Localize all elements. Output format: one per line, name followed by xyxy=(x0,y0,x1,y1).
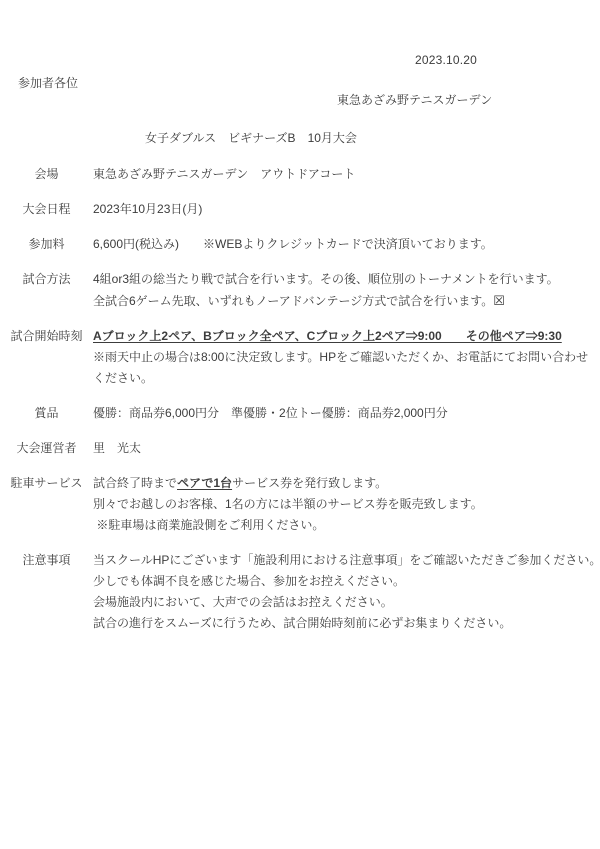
text-segment: 会場施設内において、大声での会話はお控えください。 xyxy=(93,595,393,609)
section-text-line: 6,600円(税込み) ※WEBよりクレジットカードで決済頂いております。 xyxy=(93,234,600,255)
text-segment: 優勝：商品券6,000円分 準優勝・2位トー優勝：商品券2,000円分 xyxy=(93,406,448,420)
section-label: 駐車サービス xyxy=(0,473,93,494)
text-segment: ※駐車場は商業施設側をご利用ください。 xyxy=(93,518,324,532)
section-value: Aブロック上2ペア、Bブロック全ペア、Cブロック上2ペア⇒9:00 その他ペア⇒… xyxy=(93,326,600,389)
text-segment: 当スクールHPにございます「施設利用における注意事項」をご確認いただきご参加くだ… xyxy=(93,553,600,567)
sections-list: 会場東急あざみ野テニスガーデン アウトドアコート大会日程2023年10月23日(… xyxy=(0,164,600,648)
document-page: 2023.10.20 参加者各位 東急あざみ野テニスガーデン 女子ダブルス ビギ… xyxy=(0,0,600,849)
section-label: 試合開始時刻 xyxy=(0,326,93,347)
text-segment: サービス券を発行致します。 xyxy=(232,476,387,490)
section-row: 試合開始時刻Aブロック上2ペア、Bブロック全ペア、Cブロック上2ペア⇒9:00 … xyxy=(0,326,600,389)
section-text-line: 里 光太 xyxy=(93,438,600,459)
section-label: 試合方法 xyxy=(0,269,93,290)
section-value: 試合終了時までペアで1台サービス券を発行致します。別々でお越しのお客様、1名の方… xyxy=(93,473,600,536)
section-text-line: 会場施設内において、大声での会話はお控えください。 xyxy=(93,592,600,613)
section-text-line: 2023年10月23日(月) xyxy=(93,199,600,220)
section-text-line: 全試合6ゲーム先取、いずれもノーアドバンテージ方式で試合を行います。☒ xyxy=(93,290,600,312)
section-text-line: 別々でお越しのお客様、1名の方には半額のサービス券を販売致します。 xyxy=(93,494,600,515)
section-row: 賞品優勝：商品券6,000円分 準優勝・2位トー優勝：商品券2,000円分 xyxy=(0,403,600,424)
section-label: 参加料 xyxy=(0,234,93,255)
text-segment: 別々でお越しのお客様、1名の方には半額のサービス券を販売致します。 xyxy=(93,497,483,511)
section-text-line: 当スクールHPにございます「施設利用における注意事項」をご確認いただきご参加くだ… xyxy=(93,550,600,571)
section-text-line: 東急あざみ野テニスガーデン アウトドアコート xyxy=(93,164,600,185)
section-row: 大会日程2023年10月23日(月) xyxy=(0,199,600,220)
text-segment: ください。 xyxy=(93,371,153,385)
section-value: 優勝：商品券6,000円分 準優勝・2位トー優勝：商品券2,000円分 xyxy=(93,403,600,424)
section-text-line: ※駐車場は商業施設側をご利用ください。 xyxy=(93,515,600,536)
text-segment: 試合の進行をスムーズに行うため、試合開始時刻前に必ずお集まりください。 xyxy=(93,616,511,630)
section-text-line: ください。 xyxy=(93,368,600,389)
addressee: 参加者各位 xyxy=(18,74,78,91)
text-segment: 全試合6ゲーム先取、いずれもノーアドバンテージ方式で試合を行います。 xyxy=(93,294,493,308)
text-segment: 試合終了時まで xyxy=(93,476,177,490)
section-label: 大会運営者 xyxy=(0,438,93,459)
emphasized-text: Aブロック上2ペア、Bブロック全ペア、Cブロック上2ペア⇒9:00 その他ペア⇒… xyxy=(93,329,562,343)
section-text-line: Aブロック上2ペア、Bブロック全ペア、Cブロック上2ペア⇒9:00 その他ペア⇒… xyxy=(93,326,600,347)
section-row: 参加料6,600円(税込み) ※WEBよりクレジットカードで決済頂いております。 xyxy=(0,234,600,255)
section-value: 6,600円(税込み) ※WEBよりクレジットカードで決済頂いております。 xyxy=(93,234,600,255)
section-row: 注意事項当スクールHPにございます「施設利用における注意事項」をご確認いただきご… xyxy=(0,550,600,634)
section-row: 大会運営者里 光太 xyxy=(0,438,600,459)
section-text-line: 試合の進行をスムーズに行うため、試合開始時刻前に必ずお集まりください。 xyxy=(93,613,600,634)
document-title: 女子ダブルス ビギナーズB 10月大会 xyxy=(145,129,357,146)
section-label: 賞品 xyxy=(0,403,93,424)
section-label: 大会日程 xyxy=(0,199,93,220)
text-segment: ※雨天中止の場合は8:00に決定致します。HPをご確認いただくか、お電話にてお問… xyxy=(93,350,588,364)
text-segment: 4組or3組の総当たり戦で試合を行います。その後、順位別のトーナメントを行います… xyxy=(93,272,559,286)
section-text-line: 試合終了時までペアで1台サービス券を発行致します。 xyxy=(93,473,600,494)
text-segment: 東急あざみ野テニスガーデン アウトドアコート xyxy=(93,167,355,181)
section-text-line: 少しでも体調不良を感じた場合、参加をお控えください。 xyxy=(93,571,600,592)
section-value: 東急あざみ野テニスガーデン アウトドアコート xyxy=(93,164,600,185)
text-segment: 6,600円(税込み) ※WEBよりクレジットカードで決済頂いております。 xyxy=(93,237,493,251)
text-segment: 2023年10月23日(月) xyxy=(93,202,202,216)
section-text-line: ※雨天中止の場合は8:00に決定致します。HPをご確認いただくか、お電話にてお問… xyxy=(93,347,600,368)
section-text-line: 優勝：商品券6,000円分 準優勝・2位トー優勝：商品券2,000円分 xyxy=(93,403,600,424)
section-value: 4組or3組の総当たり戦で試合を行います。その後、順位別のトーナメントを行います… xyxy=(93,269,600,312)
text-segment: 少しでも体調不良を感じた場合、参加をお控えください。 xyxy=(93,574,405,588)
section-label: 会場 xyxy=(0,164,93,185)
section-label: 注意事項 xyxy=(0,550,93,571)
section-value: 2023年10月23日(月) xyxy=(93,199,600,220)
text-segment: 里 光太 xyxy=(93,441,141,455)
section-value: 里 光太 xyxy=(93,438,600,459)
box-x-glyph: ☒ xyxy=(493,293,505,308)
section-row: 駐車サービス試合終了時までペアで1台サービス券を発行致します。別々でお越しのお客… xyxy=(0,473,600,536)
emphasized-text: ペアで1台 xyxy=(177,476,232,490)
document-date: 2023.10.20 xyxy=(415,53,477,67)
section-text-line: 4組or3組の総当たり戦で試合を行います。その後、順位別のトーナメントを行います… xyxy=(93,269,600,290)
section-row: 会場東急あざみ野テニスガーデン アウトドアコート xyxy=(0,164,600,185)
section-row: 試合方法4組or3組の総当たり戦で試合を行います。その後、順位別のトーナメントを… xyxy=(0,269,600,312)
organization-name: 東急あざみ野テニスガーデン xyxy=(337,91,492,108)
section-value: 当スクールHPにございます「施設利用における注意事項」をご確認いただきご参加くだ… xyxy=(93,550,600,634)
